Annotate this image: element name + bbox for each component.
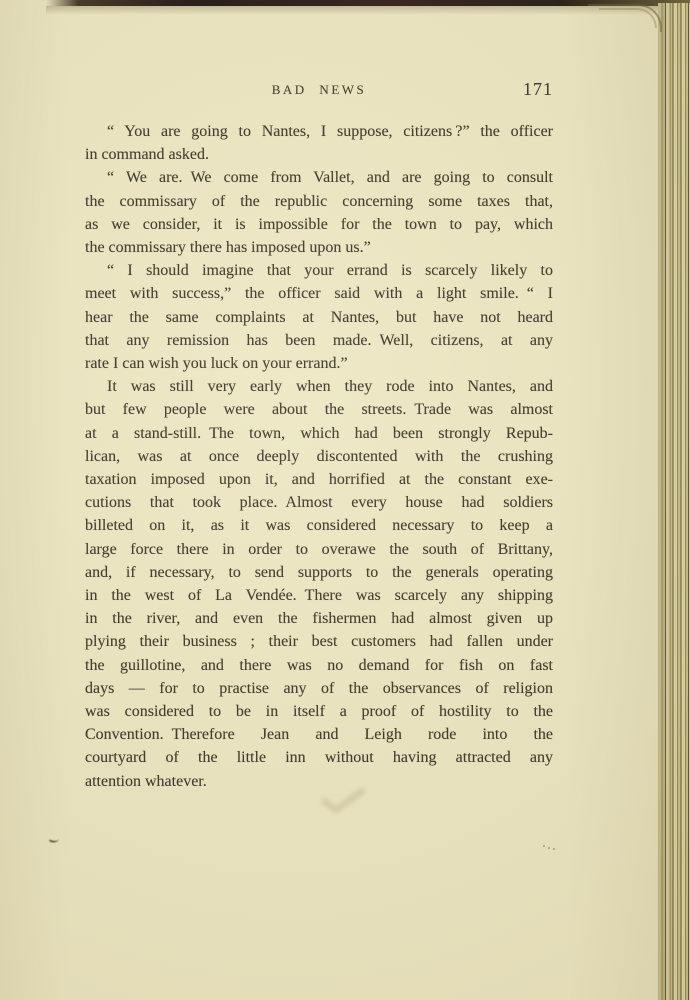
- text-line: billeted on it, as it was considered nec…: [85, 514, 553, 537]
- ink-speck: [49, 833, 60, 844]
- text-line: that any remission has been made. Well, …: [85, 329, 553, 352]
- text-line: “ We are. We come from Vallet, and are g…: [85, 166, 553, 189]
- paragraph: “ I should imagine that your errand is s…: [85, 259, 553, 375]
- text-line: as we consider, it is impossible for the…: [85, 213, 553, 236]
- paragraph: “ We are. We come from Vallet, and are g…: [85, 166, 553, 259]
- paragraph: It was still very early when they rode i…: [85, 375, 553, 793]
- dot-specks: [543, 845, 563, 851]
- page-text-block: BAD NEWS 171 “ You are going to Nantes, …: [85, 82, 553, 793]
- text-line: was considered to be in itself a proof o…: [85, 700, 553, 723]
- text-line: plying their business ; their best custo…: [85, 630, 553, 653]
- text-line: “ You are going to Nantes, I suppose, ci…: [85, 120, 553, 143]
- text-line: and, if necessary, to send supports to t…: [85, 561, 553, 584]
- text-line: attention whatever.: [85, 770, 553, 793]
- text-line: days — for to practise any of the observ…: [85, 677, 553, 700]
- text-line: hear the same complaints at Nantes, but …: [85, 306, 553, 329]
- text-line: “ I should imagine that your errand is s…: [85, 259, 553, 282]
- text-line: in the river, and even the fishermen had…: [85, 607, 553, 630]
- text-line: taxation imposed upon it, and horrified …: [85, 468, 553, 491]
- page-corner-curve: [599, 8, 657, 28]
- page-header: BAD NEWS 171: [85, 82, 553, 98]
- text-line: Convention. Therefore Jean and Leigh rod…: [85, 723, 553, 746]
- text-line: It was still very early when they rode i…: [85, 375, 553, 398]
- scanned-book-page: BAD NEWS 171 “ You are going to Nantes, …: [0, 0, 690, 1000]
- text-line: lican, was at once deeply discontented w…: [85, 445, 553, 468]
- text-line: the commissary there has imposed upon us…: [85, 236, 553, 259]
- text-line: meet with success,” the officer said wit…: [85, 282, 553, 305]
- text-line: rate I can wish you luck on your errand.…: [85, 352, 553, 375]
- text-line: in command asked.: [85, 143, 553, 166]
- text-line: cutions that took place. Almost every ho…: [85, 491, 553, 514]
- text-line: at a stand-still. The town, which had be…: [85, 422, 553, 445]
- book-page-edges: [658, 3, 690, 1000]
- smudge-mark: [322, 788, 366, 814]
- text-line: large force there in order to overawe th…: [85, 538, 553, 561]
- paragraph: “ You are going to Nantes, I suppose, ci…: [85, 120, 553, 166]
- text-line: courtyard of the little inn without havi…: [85, 746, 553, 769]
- text-line: in the west of La Vendée. There was scar…: [85, 584, 553, 607]
- text-line: but few people were about the streets. T…: [85, 398, 553, 421]
- body-text: “ You are going to Nantes, I suppose, ci…: [85, 120, 553, 793]
- page-number: 171: [523, 79, 553, 100]
- running-head-title: BAD NEWS: [85, 82, 553, 98]
- text-line: the commissary of the republic concernin…: [85, 190, 553, 213]
- text-line: the guillotine, and there was no demand …: [85, 654, 553, 677]
